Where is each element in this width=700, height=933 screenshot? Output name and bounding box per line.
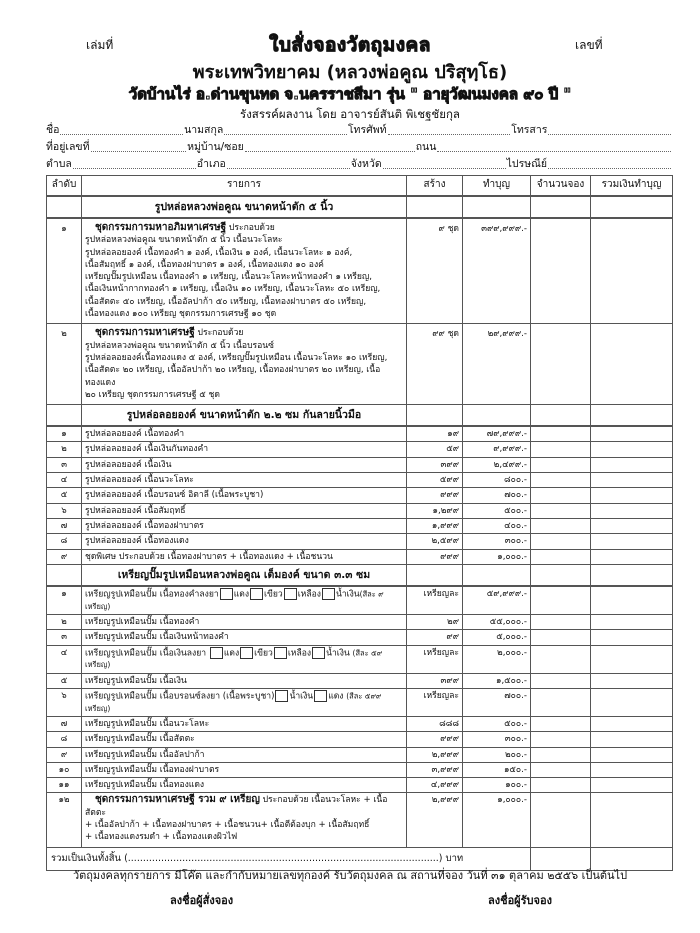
row-description: รูปหล่อลอยองค์ เนื้อทองฝาบาตร: [82, 518, 407, 533]
row-made-qty: ๕๙๙: [407, 473, 463, 488]
row-made-qty: ๑,๙๙๙: [407, 518, 463, 533]
col-header-no: ลำดับ: [47, 176, 82, 197]
row-number: ๙: [47, 747, 82, 762]
row-made-qty: เหรียญละ: [407, 645, 463, 673]
row-price: ๑๐๐.-: [463, 778, 531, 793]
row-price: ๕๙,๙๙๙.-: [463, 586, 531, 615]
village-label: หมู่บ้าน/ซอย: [187, 138, 244, 155]
row-total-input[interactable]: [591, 586, 673, 615]
first-name-label: ชื่อ: [46, 121, 59, 138]
order-qty-input[interactable]: [531, 630, 591, 645]
col-header-order-qty: จำนวนจอง: [531, 176, 591, 197]
table-row: ๕รูปหล่อลอยองค์ เนื้อบรอนซ์ อิตาลี (เนื้…: [47, 488, 673, 503]
row-description: เหรียญรูปเหมือนปั๊ม เนื้อนวะโลหะ: [82, 717, 407, 732]
province-label: จังหวัด: [351, 155, 382, 172]
row-description: ชุดกรรมการมหาอภิมหาเศรษฐี ประกอบด้วย รูป…: [82, 218, 407, 324]
row-total-input[interactable]: [591, 549, 673, 564]
row-description: ชุดกรรมการมหาเศรษฐี รวม ๙ เหรียญ ประกอบด…: [82, 793, 407, 847]
table-row: ๑๐ เหรียญรูปเหมือนปั๊ม เนื้อทองฝาบาตร ๓,…: [47, 762, 673, 777]
row-description: เหรียญรูปเหมือนปั๊ม เนื้อบรอนซ์ลงยา (เนื…: [82, 688, 407, 716]
row-price: ๕๕,๐๐๐.-: [463, 614, 531, 629]
row-number: ๖: [47, 503, 82, 518]
order-qty-input[interactable]: [531, 549, 591, 564]
order-qty-input[interactable]: [531, 747, 591, 762]
order-qty-input[interactable]: [531, 534, 591, 549]
row-price: ๕,๐๐๐.-: [463, 630, 531, 645]
row-made-qty: ๒,๕๙๙: [407, 534, 463, 549]
row-made-qty: ๓๙๙: [407, 457, 463, 472]
row-total-input[interactable]: [591, 534, 673, 549]
row-price: ๓๐๐.-: [463, 732, 531, 747]
order-qty-input[interactable]: [531, 732, 591, 747]
row-description: เหรียญรูปเหมือนปั๊ม เนื้ออัลปาก้า: [82, 747, 407, 762]
row-description: เหรียญรูปเหมือนปั๊ม เนื้อทองฝาบาตร: [82, 762, 407, 777]
fax-label: โทรสาร: [511, 121, 547, 138]
row-made-qty: เหรียญละ: [407, 688, 463, 716]
package-title: ชุดกรรมการมหาเศรษฐี: [85, 327, 195, 338]
row-made-qty: ๙ ชุด: [407, 218, 463, 324]
row-total-input[interactable]: [591, 793, 673, 847]
table-row: ๖รูปหล่อลอยองค์ เนื้อสัมฤทธิ์๑,๒๙๙๕๐๐.-: [47, 503, 673, 518]
row-total-input[interactable]: [591, 717, 673, 732]
table-row: ๒รูปหล่อลอยองค์ เนื้อเงินกันทองคำ๕๙๙,๙๙๙…: [47, 442, 673, 457]
row-total-input[interactable]: [591, 762, 673, 777]
row-total-input[interactable]: [591, 218, 673, 324]
row-made-qty: เหรียญละ: [407, 586, 463, 615]
row-total-input[interactable]: [591, 518, 673, 533]
row-made-qty: ๙๙: [407, 630, 463, 645]
field-row-name: ชื่อ นามสกุล โทรศัพท์ โทรสาร: [46, 122, 672, 138]
order-qty-input[interactable]: [531, 442, 591, 457]
row-total-input[interactable]: [591, 442, 673, 457]
row-number: ๘: [47, 732, 82, 747]
table-row: ๗ เหรียญรูปเหมือนปั๊ม เนื้อนวะโลหะ ๘๘๘ ๕…: [47, 717, 673, 732]
table-row: ๑๑ เหรียญรูปเหมือนปั๊ม เนื้อทองแดง ๔,๙๙๙…: [47, 778, 673, 793]
row-price: ๗๙,๙๙๙.-: [463, 426, 531, 442]
row-description: เหรียญรูปเหมือนปั๊ม เนื้อเงินหน้าทองคำ: [82, 630, 407, 645]
row-description: รูปหล่อลอยองค์ เนื้อบรอนซ์ อิตาลี (เนื้อ…: [82, 488, 407, 503]
row-total-input[interactable]: [591, 747, 673, 762]
color-checkbox-blue[interactable]: [312, 647, 325, 659]
table-row: ๔รูปหล่อลอยองค์ เนื้อนวะโลหะ๕๙๙๘๐๐.-: [47, 473, 673, 488]
row-price: ๑,๕๐๐.-: [463, 673, 531, 688]
row-price: ๓๙๙,๙๙๙.-: [463, 218, 531, 324]
receiver-signature-label: ลงชื่อผู้รับจอง: [488, 891, 552, 909]
first-name-field[interactable]: [60, 133, 183, 135]
col-header-total: รวมเงินทำบุญ: [591, 176, 673, 197]
order-qty-input[interactable]: [531, 503, 591, 518]
section2-rows: ๑รูปหล่อลอยองค์ เนื้อทองคำ๑๙๗๙,๙๙๙.-๒รูป…: [47, 426, 673, 564]
package-title: ชุดกรรมการมหาเศรษฐี รวม ๙ เหรียญ: [85, 794, 260, 805]
table-row: ๔ เหรียญรูปเหมือนปั๊ม เนื้อเงินลงยา แดงเ…: [47, 645, 673, 673]
row-made-qty: ๙๙๙: [407, 488, 463, 503]
row-price: ๕๐๐.-: [463, 717, 531, 732]
row-total-input[interactable]: [591, 688, 673, 716]
row-description: ชุดพิเศษ ประกอบด้วย เนื้อทองฝาบาตร + เนื…: [82, 549, 407, 564]
orderer-signature-label: ลงชื่อผู้สั่งจอง: [170, 891, 233, 909]
row-price: ๕๐๐.-: [463, 503, 531, 518]
row-made-qty: ๒๙: [407, 614, 463, 629]
row-total-input[interactable]: [591, 324, 673, 405]
row-number: ๓: [47, 630, 82, 645]
table-row: ๑ ชุดกรรมการมหาอภิมหาเศรษฐี ประกอบด้วย ร…: [47, 218, 673, 324]
row-number: ๘: [47, 534, 82, 549]
color-checkbox-green[interactable]: [250, 588, 263, 600]
row-description: เหรียญรูปเหมือนปั๊ม เนื้อทองแดง: [82, 778, 407, 793]
row-total-input[interactable]: [591, 732, 673, 747]
table-row: ๘ เหรียญรูปเหมือนปั๊ม เนื้อสัตตะ ๙๙๙ ๓๐๐…: [47, 732, 673, 747]
row-description: รูปหล่อลอยองค์ เนื้อเงิน: [82, 457, 407, 472]
temple-line: วัดบ้านไร่ อ.ด่านขุนทด จ.นครราชสีมา รุ่น…: [0, 82, 700, 106]
row-price: ๑๕๐.-: [463, 762, 531, 777]
color-checkbox-yellow[interactable]: [274, 647, 287, 659]
row-description: เหรียญรูปเหมือนปั๊ม เนื้อเงินลงยา แดงเขี…: [82, 645, 407, 673]
order-qty-input[interactable]: [531, 645, 591, 673]
row-total-input[interactable]: [591, 503, 673, 518]
order-qty-input[interactable]: [531, 426, 591, 442]
row-number: ๙: [47, 549, 82, 564]
order-qty-input[interactable]: [531, 586, 591, 615]
row-number: ๔: [47, 473, 82, 488]
row-total-input[interactable]: [591, 473, 673, 488]
fax-field[interactable]: [548, 133, 671, 135]
table-row: ๑รูปหล่อลอยองค์ เนื้อทองคำ๑๙๗๙,๙๙๙.-: [47, 426, 673, 442]
row-made-qty: ๘๘๘: [407, 717, 463, 732]
row-price: ๒๙,๙๙๙.-: [463, 324, 531, 405]
row-made-qty: ๓,๙๙๙: [407, 762, 463, 777]
row-price: ๒,๔๙๙.-: [463, 457, 531, 472]
row-made-qty: ๓๙๙: [407, 673, 463, 688]
row-number: ๗: [47, 518, 82, 533]
color-checkbox-red[interactable]: [314, 690, 327, 702]
village-field[interactable]: [245, 150, 415, 152]
row-total-input[interactable]: [591, 673, 673, 688]
row-description: รูปหล่อลอยองค์ เนื้อเงินกันทองคำ: [82, 442, 407, 457]
last-name-field[interactable]: [224, 133, 347, 135]
order-qty-input[interactable]: [531, 793, 591, 847]
row-description: เหรียญรูปเหมือนปั๊ม เนื้อเงิน: [82, 673, 407, 688]
row-description: ชุดกรรมการมหาเศรษฐี ประกอบด้วย รูปหล่อหล…: [82, 324, 407, 405]
row-price: ๘๐๐.-: [463, 473, 531, 488]
row-price: ๓๐๐.-: [463, 534, 531, 549]
table-row: ๘รูปหล่อลอยองค์ เนื้อทองแดง๒,๕๙๙๓๐๐.-: [47, 534, 673, 549]
postcode-label: ไปรษณีย์: [507, 155, 547, 172]
color-checkbox-red[interactable]: [220, 588, 233, 600]
col-header-made: สร้าง: [407, 176, 463, 197]
house-number-field[interactable]: [91, 150, 187, 152]
row-made-qty: ๙๙๙: [407, 732, 463, 747]
row-made-qty: ๙๙ ชุด: [407, 324, 463, 405]
row-price: ๙,๙๙๙.-: [463, 442, 531, 457]
footer-note: วัตถุมงคลทุกรายการ มีโค๊ต และกำกับหมายเล…: [0, 866, 700, 884]
row-price: ๗๐๐.-: [463, 688, 531, 716]
postcode-field[interactable]: [548, 167, 671, 169]
order-qty-input[interactable]: [531, 324, 591, 405]
row-total-input[interactable]: [591, 614, 673, 629]
order-qty-input[interactable]: [531, 614, 591, 629]
last-name-label: นามสกุล: [184, 121, 223, 138]
row-total-input[interactable]: [591, 457, 673, 472]
row-number: ๑: [47, 218, 82, 324]
row-number: ๑: [47, 426, 82, 442]
row-number: ๗: [47, 717, 82, 732]
subdistrict-field[interactable]: [73, 167, 196, 169]
table-row: ๖ เหรียญรูปเหมือนปั๊ม เนื้อบรอนซ์ลงยา (เ…: [47, 688, 673, 716]
row-made-qty: ๔,๙๙๙: [407, 778, 463, 793]
order-table: ลำดับ รายการ สร้าง ทำบุญ จำนวนจอง รวมเงิ…: [46, 175, 673, 871]
row-price: ๑,๐๐๐.-: [463, 549, 531, 564]
section-header: รูปหล่อหลวงพ่อคูณ ขนาดหน้าตัก ๕ นิ้ว: [47, 196, 673, 218]
province-field[interactable]: [383, 167, 506, 169]
section-header: เหรียญปั๊มรูปเหมือนหลวงพ่อคูณ เต็มองค์ ข…: [47, 564, 673, 586]
order-qty-input[interactable]: [531, 688, 591, 716]
row-description: รูปหล่อลอยองค์ เนื้อสัมฤทธิ์: [82, 503, 407, 518]
row-number: ๑๒: [47, 793, 82, 847]
row-made-qty: ๑๙: [407, 426, 463, 442]
table-row: ๑๒ ชุดกรรมการมหาเศรษฐี รวม ๙ เหรียญ ประก…: [47, 793, 673, 847]
field-row-address: ที่อยู่เลขที่ หมู่บ้าน/ซอย ถนน: [46, 139, 672, 155]
table-row: ๓ เหรียญรูปเหมือนปั๊ม เนื้อเงินหน้าทองคำ…: [47, 630, 673, 645]
color-checkbox-green[interactable]: [240, 647, 253, 659]
table-row: ๕ เหรียญรูปเหมือนปั๊ม เนื้อเงิน ๓๙๙ ๑,๕๐…: [47, 673, 673, 688]
table-row: ๓รูปหล่อลอยองค์ เนื้อเงิน๓๙๙๒,๔๙๙.-: [47, 457, 673, 472]
row-price: ๔๐๐.-: [463, 518, 531, 533]
row-number: ๑๑: [47, 778, 82, 793]
row-price: ๑,๐๐๐.-: [463, 793, 531, 847]
row-number: ๔: [47, 645, 82, 673]
package-title: ชุดกรรมการมหาอภิมหาเศรษฐี: [85, 222, 226, 233]
col-header-item: รายการ: [82, 176, 407, 197]
row-description: รูปหล่อลอยองค์ เนื้อทองแดง: [82, 534, 407, 549]
table-row: ๙ชุดพิเศษ ประกอบด้วย เนื้อทองฝาบาตร + เน…: [47, 549, 673, 564]
table-row: ๗รูปหล่อลอยองค์ เนื้อทองฝาบาตร๑,๙๙๙๔๐๐.-: [47, 518, 673, 533]
table-row: ๙ เหรียญรูปเหมือนปั๊ม เนื้ออัลปาก้า ๒,๙๙…: [47, 747, 673, 762]
order-qty-input[interactable]: [531, 488, 591, 503]
row-description: เหรียญรูปเหมือนปั๊ม เนื้อสัตตะ: [82, 732, 407, 747]
order-qty-input[interactable]: [531, 762, 591, 777]
col-header-donation: ทำบุญ: [463, 176, 531, 197]
row-number: ๖: [47, 688, 82, 716]
order-qty-input[interactable]: [531, 673, 591, 688]
row-made-qty: ๕๙: [407, 442, 463, 457]
row-total-input[interactable]: [591, 426, 673, 442]
district-field[interactable]: [227, 167, 350, 169]
row-total-input[interactable]: [591, 630, 673, 645]
row-description: เหรียญรูปเหมือนปั๊ม เนื้อทองคำลงยาแดงเขี…: [82, 586, 407, 615]
road-field[interactable]: [437, 150, 671, 152]
color-checkbox-yellow[interactable]: [284, 588, 297, 600]
section-title: รูปหล่อหลวงพ่อคูณ ขนาดหน้าตัก ๕ นิ้ว: [82, 196, 407, 218]
order-qty-input[interactable]: [531, 778, 591, 793]
color-checkbox-blue[interactable]: [275, 690, 288, 702]
row-total-input[interactable]: [591, 778, 673, 793]
subdistrict-label: ตำบล: [46, 155, 72, 172]
row-number: ๑๐: [47, 762, 82, 777]
table-row: ๒ เหรียญรูปเหมือนปั๊ม เนื้อทองคำ ๒๙ ๕๕,๐…: [47, 614, 673, 629]
field-row-district: ตำบล อำเภอ จังหวัด ไปรษณีย์: [46, 156, 672, 172]
row-number: ๒: [47, 614, 82, 629]
row-number: ๒: [47, 442, 82, 457]
section-title: เหรียญปั๊มรูปเหมือนหลวงพ่อคูณ เต็มองค์ ข…: [82, 564, 407, 586]
order-qty-input[interactable]: [531, 218, 591, 324]
table-row: ๑ เหรียญรูปเหมือนปั๊ม เนื้อทองคำลงยาแดงเ…: [47, 586, 673, 615]
district-label: อำเภอ: [197, 155, 226, 172]
row-made-qty: ๒,๙๙๙: [407, 747, 463, 762]
row-made-qty: ๑,๒๙๙: [407, 503, 463, 518]
order-qty-input[interactable]: [531, 717, 591, 732]
phone-label: โทรศัพท์: [348, 121, 387, 138]
house-number-label: ที่อยู่เลขที่: [46, 138, 90, 155]
row-made-qty: ๒,๙๙๙: [407, 793, 463, 847]
color-checkbox-red[interactable]: [210, 647, 223, 659]
section-header: รูปหล่อลอยองค์ ขนาดหน้าตัก ๒.๒ ซม กันลาย…: [47, 405, 673, 427]
row-number: ๑: [47, 586, 82, 615]
row-number: ๕: [47, 673, 82, 688]
phone-field[interactable]: [388, 133, 511, 135]
road-label: ถนน: [416, 138, 437, 155]
row-made-qty: ๙๙๙: [407, 549, 463, 564]
table-row: ๒ ชุดกรรมการมหาเศรษฐี ประกอบด้วย รูปหล่อ…: [47, 324, 673, 405]
row-price: ๗๐๐.-: [463, 488, 531, 503]
form-title: ใบสั่งจองวัตถุมงคล: [0, 30, 700, 60]
row-total-input[interactable]: [591, 488, 673, 503]
row-price: ๒๐๐.-: [463, 747, 531, 762]
row-description: รูปหล่อลอยองค์ เนื้อทองคำ: [82, 426, 407, 442]
row-number: ๒: [47, 324, 82, 405]
row-number: ๕: [47, 488, 82, 503]
table-header-row: ลำดับ รายการ สร้าง ทำบุญ จำนวนจอง รวมเงิ…: [47, 176, 673, 197]
order-qty-input[interactable]: [531, 457, 591, 472]
row-description: รูปหล่อลอยองค์ เนื้อนวะโลหะ: [82, 473, 407, 488]
row-description: เหรียญรูปเหมือนปั๊ม เนื้อทองคำ: [82, 614, 407, 629]
order-qty-input[interactable]: [531, 518, 591, 533]
section-title: รูปหล่อลอยองค์ ขนาดหน้าตัก ๒.๒ ซม กันลาย…: [82, 405, 407, 427]
order-qty-input[interactable]: [531, 473, 591, 488]
row-total-input[interactable]: [591, 645, 673, 673]
color-checkbox-blue[interactable]: [322, 588, 335, 600]
row-number: ๓: [47, 457, 82, 472]
row-price: ๒,๐๐๐.-: [463, 645, 531, 673]
